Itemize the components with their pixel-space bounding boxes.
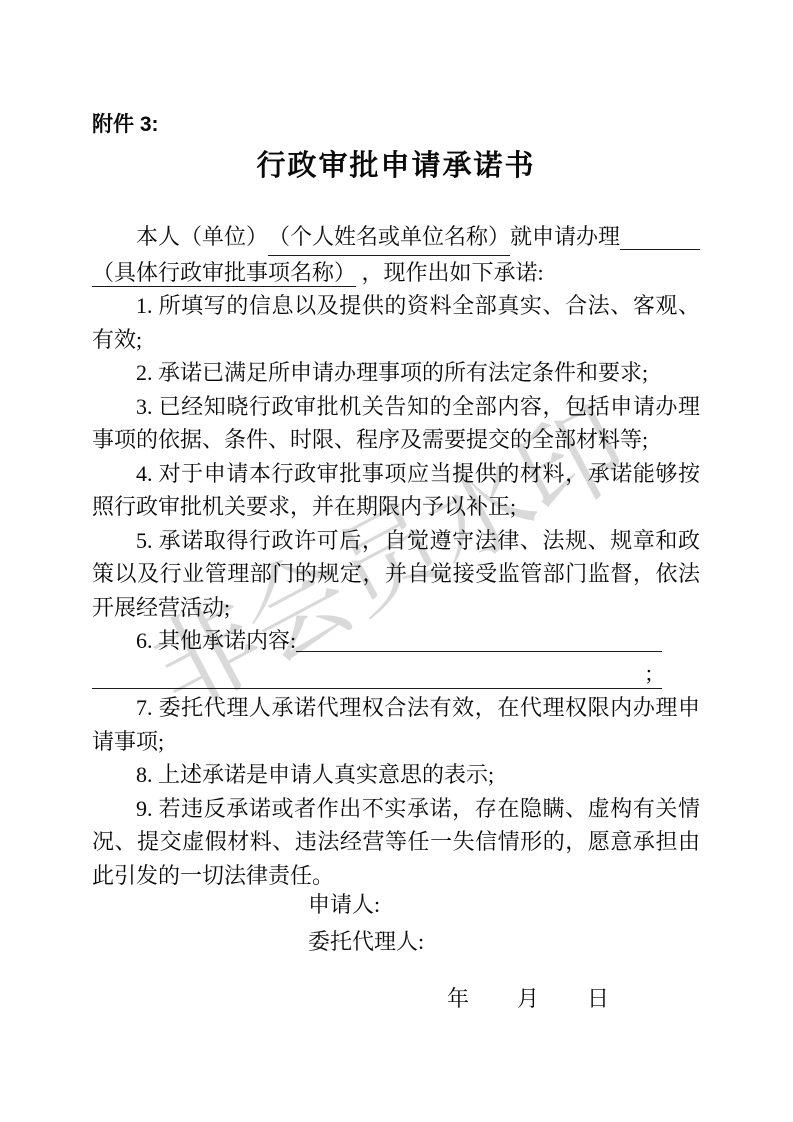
signature-block: 申请人: 委托代理人: [92, 886, 700, 960]
commitment-item-7: 7. 委托代理人承诺代理权合法有效，在代理权限内办理申请事项; [92, 691, 700, 758]
commitment-list: 1. 所填写的信息以及提供的资料全部真实、合法、客观、有效;2. 承诺已满足所申… [92, 289, 700, 892]
commitment-item-label: 6. 其他承诺内容: [136, 624, 296, 658]
commitment-item-8: 8. 上述承诺是申请人真实意思的表示; [92, 758, 700, 792]
paragraph-indent [92, 624, 136, 658]
document-title: 行政审批申请承诺书 [92, 148, 700, 184]
commitment-item-6: 6. 其他承诺内容: [92, 624, 700, 658]
intro-suffix: ，现作出如下承诺: [362, 260, 544, 285]
intro-prefix: 本人（单位） [136, 220, 268, 256]
applicant-label: 申请人: [308, 886, 700, 923]
agent-label: 委托代理人: [308, 923, 700, 960]
commitment-item-5: 5. 承诺取得行政许可后，自觉遵守法律、法规、规章和政策以及行业管理部门的规定，… [92, 524, 700, 625]
commitment-item-9: 9. 若违反承诺或者作出不实承诺，存在隐瞒、虚构有关情况、提交虚假材料、违法经营… [92, 792, 700, 893]
commitment-item-1: 1. 所填写的信息以及提供的资料全部真实、合法、客观、有效; [92, 289, 700, 356]
document-content: 附件 3: 行政审批申请承诺书 本人（单位） （个人姓名或单位名称） 就申请办理… [92, 112, 700, 1018]
applicant-name-blank: （个人姓名或单位名称） [268, 220, 510, 256]
intro-middle: 就申请办理 [510, 220, 620, 256]
other-commitment-blank-line [296, 624, 662, 652]
commitment-item-2: 2. 承诺已满足所申请办理事项的所有法定条件和要求; [92, 356, 700, 390]
date-line: 年 月 日 [92, 980, 700, 1018]
year-label: 年 [447, 980, 469, 1018]
intro-line-1: 本人（单位） （个人姓名或单位名称） 就申请办理 [92, 220, 700, 256]
other-commitment-blank-line-2: ; [92, 658, 700, 692]
month-label: 月 [517, 980, 539, 1018]
commitment-item-4: 4. 对于申请本行政审批事项应当提供的材料，承诺能够按照行政审批机关要求，并在期… [92, 457, 700, 524]
commitment-item-3: 3. 已经知晓行政审批机关告知的全部内容，包括申请办理事项的依据、条件、时限、程… [92, 390, 700, 457]
matter-blank-line [620, 220, 700, 250]
attachment-label: 附件 3: [92, 112, 700, 138]
blank-line-trailing-semicolon: ; [92, 658, 662, 689]
document-page: 非会员水印 附件 3: 行政审批申请承诺书 本人（单位） （个人姓名或单位名称）… [0, 0, 793, 1122]
intro-paragraph: 本人（单位） （个人姓名或单位名称） 就申请办理 （具体行政审批事项名称） ，现… [92, 220, 700, 289]
paragraph-indent [92, 220, 136, 256]
day-label: 日 [587, 980, 609, 1018]
matter-name-blank: （具体行政审批事项名称） [92, 260, 356, 287]
intro-line-2: （具体行政审批事项名称） ，现作出如下承诺: [92, 256, 700, 290]
